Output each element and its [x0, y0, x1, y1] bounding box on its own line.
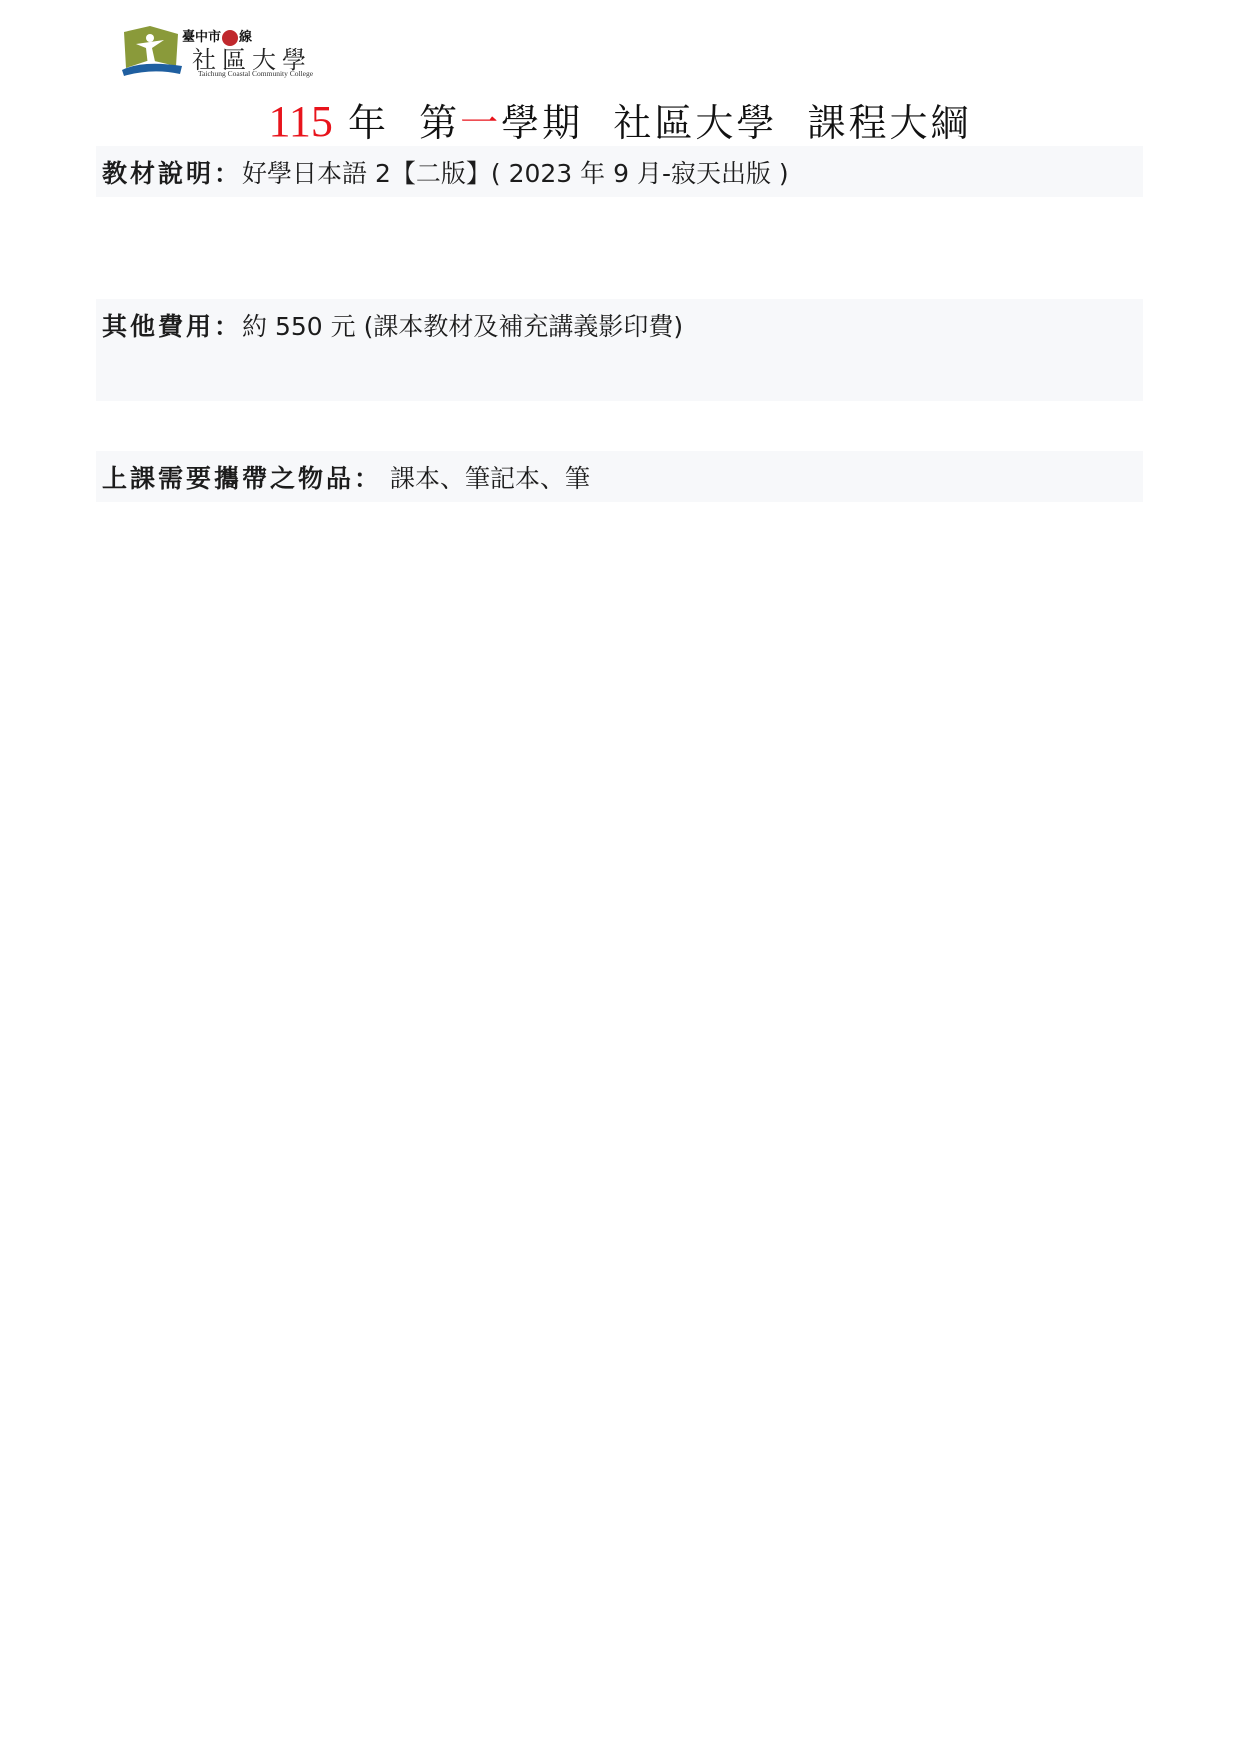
title-year: 115	[269, 97, 333, 146]
section-other-fees: 其他費用：約 550 元 (課本教材及補充講義影印費)	[96, 299, 1143, 401]
book-figure-icon	[122, 26, 182, 76]
logo-english-text: Taichung Coastal Community College	[198, 69, 313, 78]
title-term-number: 一	[460, 101, 501, 145]
section-value: 好學日本語 2【二版】( 2023 年 9 月-寂天出版 )	[242, 159, 789, 188]
section-value: 約 550 元 (課本教材及補充講義影印費)	[242, 312, 683, 341]
section-label: 上課需要攜帶之物品：	[102, 464, 382, 493]
section-label: 其他費用：	[102, 312, 242, 341]
section-items-to-bring: 上課需要攜帶之物品： 課本、筆記本、筆	[96, 451, 1143, 502]
section-label: 教材說明：	[102, 159, 242, 188]
section-value: 課本、筆記本、筆	[382, 464, 590, 493]
section-textbook: 教材說明：好學日本語 2【二版】( 2023 年 9 月-寂天出版 )	[96, 146, 1143, 197]
school-logo: 臺中市線 社區大學 Taichung Coastal Community Col…	[122, 22, 327, 82]
page-title: 115 年 第一學期 社區大學 課程大綱	[0, 92, 1240, 147]
